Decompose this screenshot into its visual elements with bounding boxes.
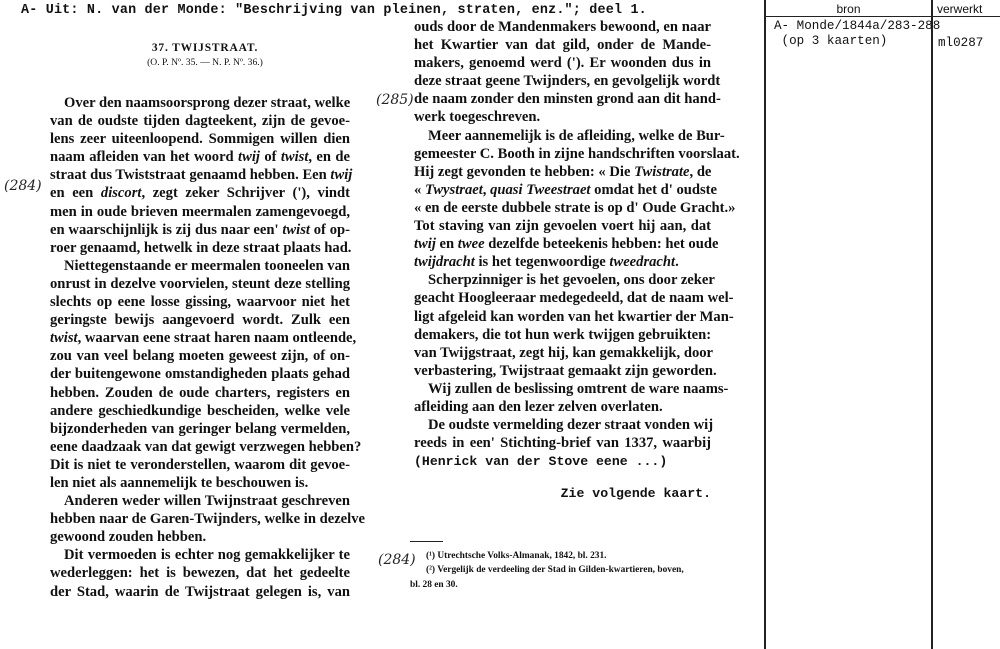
typed-continuation: (Henrick van der Stove eene ...) — [414, 453, 711, 475]
article-right-column: ouds door de Mandenmakers bewoond, en na… — [414, 18, 711, 503]
typed-see-next-card: Zie volgende kaart. — [414, 485, 711, 503]
text-line: twij en twee dezelfde beteekenis hebben:… — [414, 235, 711, 253]
margin-page-note-284: (284) — [4, 178, 42, 194]
footnote-divider — [410, 541, 443, 542]
footnote-1: (¹) Utrechtsche Volks-Almanak, 1842, bl.… — [410, 549, 715, 563]
text-line: reeds in een' Stichting-brief van 1337, … — [414, 434, 711, 452]
text-line: roer genaamd, hetwelk in deze straat pla… — [50, 239, 350, 257]
margin-page-note-285: (285) — [376, 92, 414, 108]
text-line: Scherpzinniger is het gevoelen, ons door… — [414, 271, 711, 289]
text-line: straat dus Twiststraat genaamd hebben. E… — [50, 166, 350, 184]
text-line: verbastering, Twijstraat gemaakt zijn ge… — [414, 362, 711, 380]
bron-line-2: (op 3 kaarten) — [774, 34, 887, 48]
text-line: Anderen weder willen Twijnstraat geschre… — [50, 492, 350, 510]
text-line: Niettegenstaande er meermalen tooneelen … — [50, 257, 350, 275]
text-line: ligt afgeleid kan worden van het kwartie… — [414, 308, 711, 326]
text-line: hebben naar de Garen-Twijnders, welke in… — [50, 510, 350, 528]
text-line: « Twystraet, quasi Tweestraet omdat het … — [414, 181, 711, 199]
table-cell-bron: A- Monde/1844a/283-288 (op 3 kaarten) — [774, 19, 940, 49]
text-line: hebben. Zouden de oude charters, registe… — [50, 384, 350, 402]
text-line: eene daadzaak van dat gewigt verzwegen h… — [50, 438, 350, 456]
text-line: men in oude brieven meermalen zamengevoe… — [50, 203, 350, 221]
text-line: der Stad, waarin de Twijstraat gelegen i… — [50, 583, 350, 601]
footnote-2-continuation: bl. 28 en 30. — [410, 578, 715, 592]
text-line: twist, waarvan eene straat haren naam on… — [50, 329, 350, 347]
text-line: makers, genoemd werd ('). Er woonden dus… — [414, 54, 711, 72]
table-header-bron: bron — [766, 2, 931, 16]
table-header-verwerkt: verwerkt — [937, 2, 1000, 16]
text-line: gewoond zouden hebben. — [50, 528, 350, 546]
table-column-divider — [931, 0, 933, 649]
text-line: « en de eerste dubbele strate is op d' O… — [414, 199, 711, 217]
text-line: Over den naamsoorsprong dezer straat, we… — [50, 94, 350, 112]
text-line: en een discort, zegt zeker Schrijver (')… — [50, 184, 350, 202]
text-line: Meer aannemelijk is de afleiding, welke … — [414, 127, 711, 145]
bron-line-1: A- Monde/1844a/283-288 — [774, 19, 940, 33]
text-line: demakers, die tot hun werk twijgen gebru… — [414, 326, 711, 344]
text-line: van Twijgstraat, zegt hij, kan gemakkeli… — [414, 344, 711, 362]
text-line: slechts op eene losse gissing, waarvoor … — [50, 293, 350, 311]
text-line: gemeester C. Booth in zijne handschrifte… — [414, 145, 711, 163]
text-line: lens zeer uiteenloopend. Sommigen willen… — [50, 130, 350, 148]
text-line: zou van veel belang moeten geweest zijn,… — [50, 347, 350, 365]
card-header-source-line: A- Uit: N. van der Monde: "Beschrijving … — [21, 3, 647, 18]
footnotes: (¹) Utrechtsche Volks-Almanak, 1842, bl.… — [410, 549, 715, 592]
text-line: geringste bewijs aangevoerd wordt. Zulk … — [50, 311, 350, 329]
footnote-2: (²) Vergelijk de verdeeling der Stad in … — [410, 563, 715, 577]
text-line: ouds door de Mandenmakers bewoond, en na… — [414, 18, 711, 36]
text-line: onrust in dezelve voorvielen, steunt dez… — [50, 275, 350, 293]
text-line: van de oudste tijden dagteekent, zijn de… — [50, 112, 350, 130]
text-line: afleiding aan den lezer zelven overlaten… — [414, 398, 711, 416]
left-column-text: Over den naamsoorsprong dezer straat, we… — [50, 94, 350, 601]
text-line: andere geschiedkundige bescheiden, welke… — [50, 402, 350, 420]
table-header-rule — [764, 16, 1000, 17]
text-line: Dit vermoeden is echter nog gemakkelijke… — [50, 546, 350, 564]
text-line: deze straat geene Twijnders, en gevolgel… — [414, 72, 711, 90]
text-line: de naam zonder den minsten grond aan dit… — [414, 90, 711, 108]
text-line: het Kwartier van dat gild, onder de Mand… — [414, 36, 711, 54]
text-line: Wij zullen de beslissing omtrent de ware… — [414, 380, 711, 398]
table-cell-verwerkt: ml0287 — [938, 36, 983, 50]
right-column-text: ouds door de Mandenmakers bewoond, en na… — [414, 18, 711, 452]
text-line: len niet als aannemelijk te beschouwen i… — [50, 474, 350, 492]
text-line: werk toegeschreven. — [414, 108, 711, 126]
article-subtitle: (O. P. Nº. 35. — N. P. Nº. 36.) — [60, 56, 350, 70]
text-line: der buitengewone omstandigheden plaats g… — [50, 365, 350, 383]
text-line: wederleggen: het is bewezen, dat het ged… — [50, 564, 350, 582]
text-line: Tot staving van zijn gevoelen voert hij … — [414, 217, 711, 235]
text-line: en waarschijnlijk is zij dus naar een' t… — [50, 221, 350, 239]
text-line: Dit is niet te veronderstellen, waarom d… — [50, 456, 350, 474]
text-line: naam afleiden van het woord twij of twis… — [50, 148, 350, 166]
text-line: bijzonderheden van geringer belang verme… — [50, 420, 350, 438]
table-left-border — [764, 0, 766, 649]
text-line: De oudste vermelding dezer straat vonden… — [414, 416, 711, 434]
text-line: Hij zegt gevonden te hebben: « Die Twist… — [414, 163, 711, 181]
text-line: twijdracht is het tegenwoordige tweedrac… — [414, 253, 711, 271]
article-title: 37. TWIJSTRAAT. — [60, 40, 350, 56]
text-line: geacht Hoogleeraar medegedeeld, dat de n… — [414, 289, 711, 307]
article-left-column: 37. TWIJSTRAAT. (O. P. Nº. 35. — N. P. N… — [50, 40, 350, 601]
